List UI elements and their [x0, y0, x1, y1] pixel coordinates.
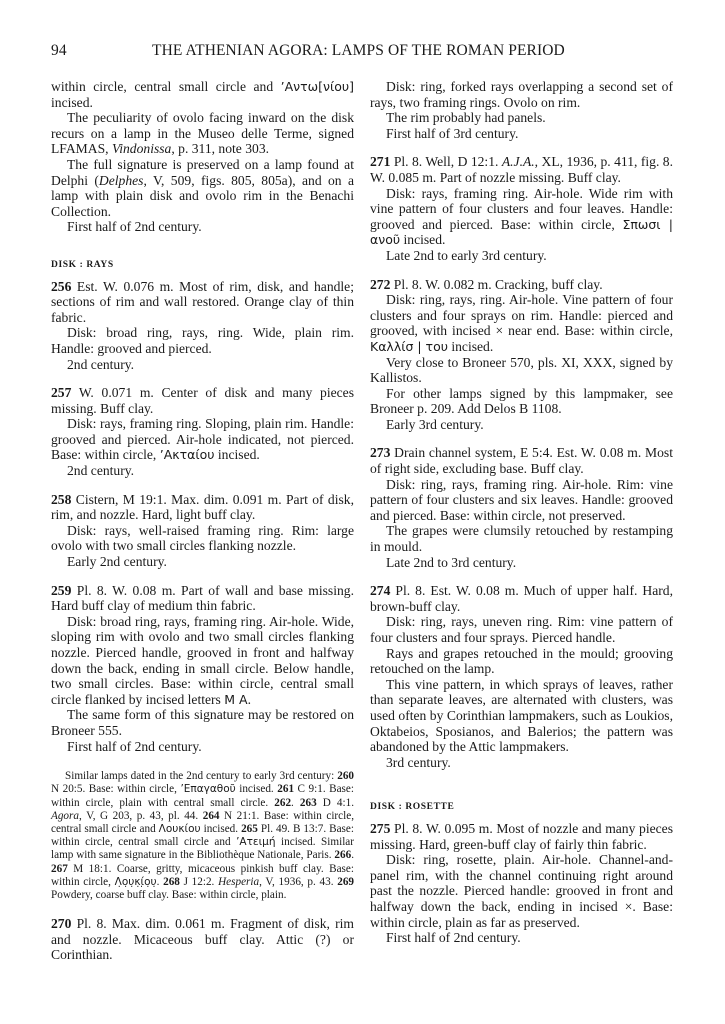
paragraph: Rays and grapes retouched in the mould; … [370, 646, 673, 677]
catalog-entry-275: 275 Pl. 8. W. 0.095 m. Most of nozzle an… [370, 821, 673, 946]
entry-number: 259 [51, 583, 71, 598]
catalog-entry-273: 273 Drain channel system, E 5:4. Est. W.… [370, 445, 673, 570]
disk-description: Disk: ring, forked rays overlapping a se… [370, 79, 673, 110]
disk-description: Disk: broad ring, rays, ring. Wide, plai… [51, 325, 354, 356]
section-heading-rosette: DISK : ROSETTE [370, 800, 673, 816]
catalog-entry-259: 259 Pl. 8. W. 0.08 m. Part of wall and b… [51, 583, 354, 755]
catalog-entry-256: 256 Est. W. 0.076 m. Most of rim, disk, … [51, 279, 354, 373]
entry-number: 271 [370, 154, 390, 169]
disk-description: Disk: ring, rays, framing ring. Air-hole… [370, 477, 673, 524]
date-line: First half of 2nd century. [51, 739, 354, 755]
date-line: Late 2nd to 3rd century. [370, 555, 673, 571]
greek-inscription: Λουκίου [159, 823, 201, 835]
date-line: 2nd century. [51, 463, 354, 479]
date-line: Early 3rd century. [370, 417, 673, 433]
disk-description: Disk: ring, rays, uneven ring. Rim: vine… [370, 614, 673, 645]
left-column: within circle, central small circle and … [51, 79, 354, 976]
date-line: Late 2nd to early 3rd century. [370, 248, 673, 264]
entry-number: 275 [370, 821, 390, 836]
entry-number: 270 [51, 916, 71, 931]
paragraph: The rim probably had panels. [370, 110, 673, 126]
entry-number: 273 [370, 445, 390, 460]
catalog-entry-258: 258 Cistern, M 19:1. Max. dim. 0.091 m. … [51, 492, 354, 570]
catalog-entry-270: 270 Pl. 8. Max. dim. 0.061 m. Fragment o… [51, 916, 354, 963]
entry-continuation-left: within circle, central small circle and … [51, 79, 354, 235]
disk-description: Disk: rays, framing ring. Air-hole. Wide… [370, 186, 673, 248]
paragraph: This vine pattern, in which sprays of le… [370, 677, 673, 755]
entry-number: 257 [51, 385, 71, 400]
greek-inscription: ’Αντω[νίου] [281, 79, 354, 94]
catalog-entry-274: 274 Pl. 8. Est. W. 0.08 m. Much of upper… [370, 583, 673, 770]
catalog-entry-257: 257 W. 0.071 m. Center of disk and many … [51, 385, 354, 479]
continued-text: within circle, central small circle and … [51, 79, 354, 110]
date-line: First half of 2nd century. [51, 219, 354, 235]
disk-description: Disk: ring, rays, ring. Air-hole. Vine p… [370, 292, 673, 354]
page-number: 94 [51, 42, 67, 60]
running-title: THE ATHENIAN AGORA: LAMPS OF THE ROMAN P… [152, 42, 565, 60]
right-column: Disk: ring, forked rays overlapping a se… [370, 79, 673, 959]
paragraph: The peculiarity of ovolo facing inward o… [51, 110, 354, 157]
entry-number: 258 [51, 492, 71, 507]
date-line: First half of 2nd century. [370, 930, 673, 946]
entry-number: 256 [51, 279, 71, 294]
greek-inscription: Λ̣ο̣υ̣κ̣ί̣ο̣υ̣ [115, 876, 157, 888]
paragraph: The same form of this signature may be r… [51, 707, 354, 738]
paragraph: The grapes were clumsily retouched by re… [370, 523, 673, 554]
paragraph: For other lamps signed by this lampmaker… [370, 386, 673, 417]
disk-description: Disk: broad ring, rays, framing ring. Ai… [51, 614, 354, 708]
date-line: Early 2nd century. [51, 554, 354, 570]
date-line: 3rd century. [370, 755, 673, 771]
incised-letters: M A [224, 692, 247, 707]
entry-number: 272 [370, 277, 390, 292]
greek-inscription: ’Επαγαθοῦ [180, 783, 235, 795]
paragraph: Very close to Broneer 570, pls. XI, XXX,… [370, 355, 673, 386]
catalog-entry-271: 271 Pl. 8. Well, D 12:1. A.J.A., XL, 193… [370, 154, 673, 263]
section-heading-rays: DISK : RAYS [51, 258, 354, 274]
entry-continuation-right: Disk: ring, forked rays overlapping a se… [370, 79, 673, 141]
greek-inscription: Καλλίσ | του [370, 339, 448, 354]
disk-description: Disk: rays, framing ring. Sloping, plain… [51, 416, 354, 463]
disk-description: Disk: rays, well-raised framing ring. Ri… [51, 523, 354, 554]
greek-inscription: ’Ακταίου [160, 447, 215, 462]
entry-number: 274 [370, 583, 390, 598]
paragraph: The full signature is preserved on a lam… [51, 157, 354, 219]
disk-description: Disk: ring, rosette, plain. Air-hole. Ch… [370, 852, 673, 930]
date-line: 2nd century. [51, 357, 354, 373]
similar-lamps-note: Similar lamps dated in the 2nd century t… [51, 770, 354, 902]
greek-inscription: ’Ατειμή [236, 836, 275, 848]
catalog-entry-272: 272 Pl. 8. W. 0.082 m. Cracking, buff cl… [370, 277, 673, 433]
date-line: First half of 3rd century. [370, 126, 673, 142]
